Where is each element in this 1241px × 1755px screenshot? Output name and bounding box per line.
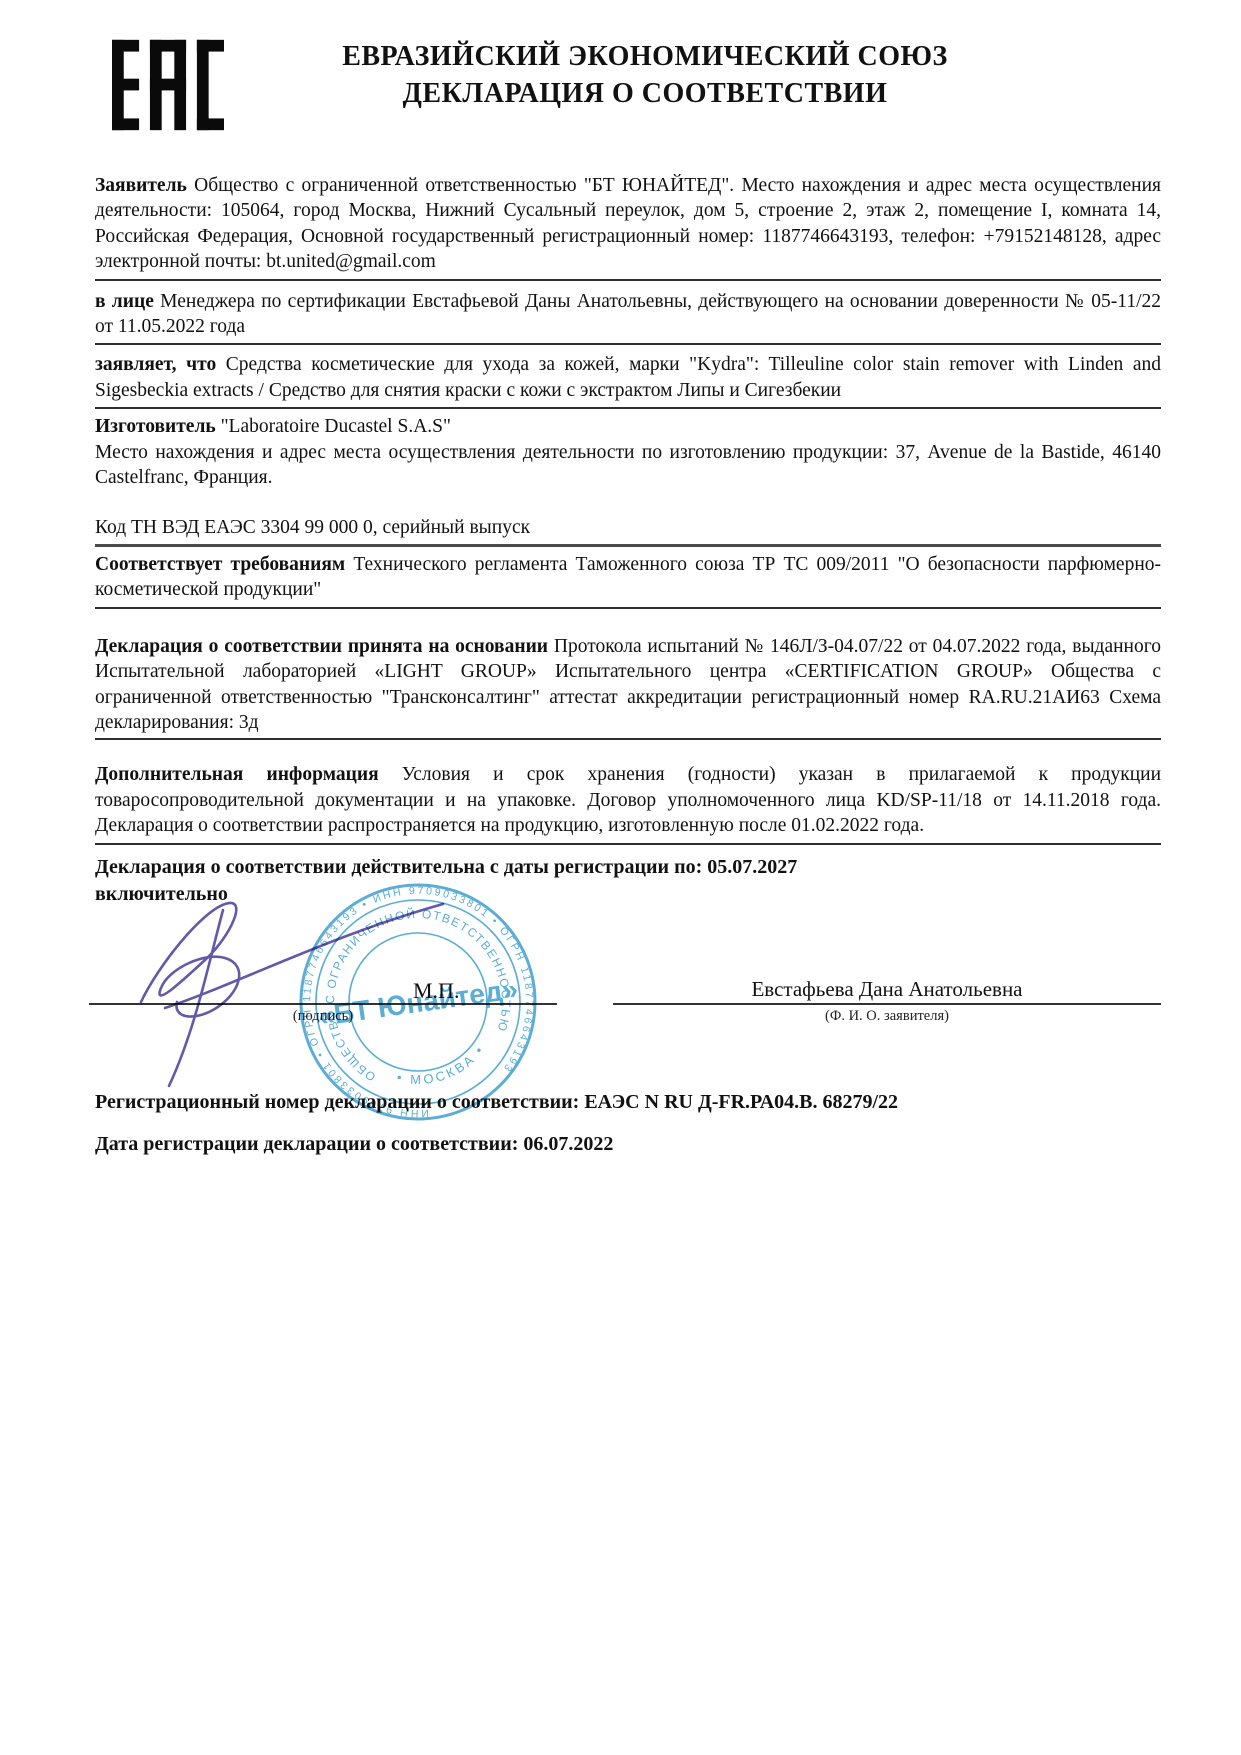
- validity-line1: Декларация о соответствии действительна …: [95, 854, 1161, 881]
- document-body: Заявитель Общество с ограниченной ответс…: [95, 160, 1161, 1157]
- basis-label: Декларация о соответствии принята на осн…: [95, 636, 548, 657]
- additional-info-label: Дополнительная информация: [95, 764, 379, 785]
- signature-caption: (подпись): [89, 1005, 557, 1026]
- applicant-label: Заявитель: [95, 175, 187, 196]
- section-applicant: Заявитель Общество с ограниченной ответс…: [95, 160, 1161, 281]
- section-basis: Декларация о соответствии принята на осн…: [95, 609, 1161, 741]
- signature-line-group: (подпись): [89, 976, 557, 1026]
- section-validity: Декларация о соответствии действительна …: [95, 845, 1161, 908]
- signer-name: Евстафьева Дана Анатольевна: [613, 976, 1161, 1005]
- title-union: ЕВРАЗИЙСКИЙ ЭКОНОМИЧЕСКИЙ СОЮЗ: [190, 38, 1100, 75]
- section-manufacturer: Изготовитель "Laboratoire Ducastel S.A.S…: [95, 409, 1161, 547]
- signature-block: М.П. (подпись) Евстафьева Дана Анатольев…: [95, 908, 1161, 1060]
- declares-text: Средства косметические для ухода за коже…: [95, 354, 1161, 400]
- signature-line: [89, 976, 557, 1005]
- manufacturer-address: Место нахождения и адрес места осуществл…: [95, 440, 1161, 491]
- section-compliance: Соответствует требованиям Технического р…: [95, 547, 1161, 609]
- declares-label: заявляет, что: [95, 354, 216, 375]
- document-title: ЕВРАЗИЙСКИЙ ЭКОНОМИЧЕСКИЙ СОЮЗ ДЕКЛАРАЦИ…: [190, 38, 1100, 112]
- registration-number-line: Регистрационный номер декларации о соотв…: [95, 1090, 1161, 1115]
- manufacturer-name: "Laboratoire Ducastel S.A.S": [221, 416, 451, 437]
- section-additional-info: Дополнительная информация Условия и срок…: [95, 740, 1161, 844]
- signer-name-group: Евстафьева Дана Анатольевна (Ф. И. О. за…: [613, 976, 1161, 1026]
- section-declares: заявляет, что Средства косметические для…: [95, 345, 1161, 409]
- signer-name-caption: (Ф. И. О. заявителя): [613, 1005, 1161, 1026]
- title-declaration: ДЕКЛАРАЦИЯ О СООТВЕТСТВИИ: [190, 75, 1100, 112]
- registration-date-line: Дата регистрации декларации о соответств…: [95, 1132, 1161, 1157]
- section-in-person: в лице Менеджера по сертификации Евстафь…: [95, 281, 1161, 346]
- manufacturer-label: Изготовитель: [95, 416, 216, 437]
- declaration-document: ЕВРАЗИЙСКИЙ ЭКОНОМИЧЕСКИЙ СОЮЗ ДЕКЛАРАЦИ…: [0, 0, 1241, 1755]
- in-person-label: в лице: [95, 291, 154, 312]
- compliance-label: Соответствует требованиям: [95, 554, 345, 575]
- tnved-code-line: Код ТН ВЭД ЕАЭС 3304 99 000 0, серийный …: [95, 515, 1161, 540]
- registration-footer: Регистрационный номер декларации о соотв…: [95, 1090, 1161, 1158]
- applicant-text: Общество с ограниченной ответственностью…: [95, 175, 1161, 272]
- validity-line2: включительно: [95, 881, 1161, 908]
- in-person-text: Менеджера по сертификации Евстафьевой Да…: [95, 291, 1161, 337]
